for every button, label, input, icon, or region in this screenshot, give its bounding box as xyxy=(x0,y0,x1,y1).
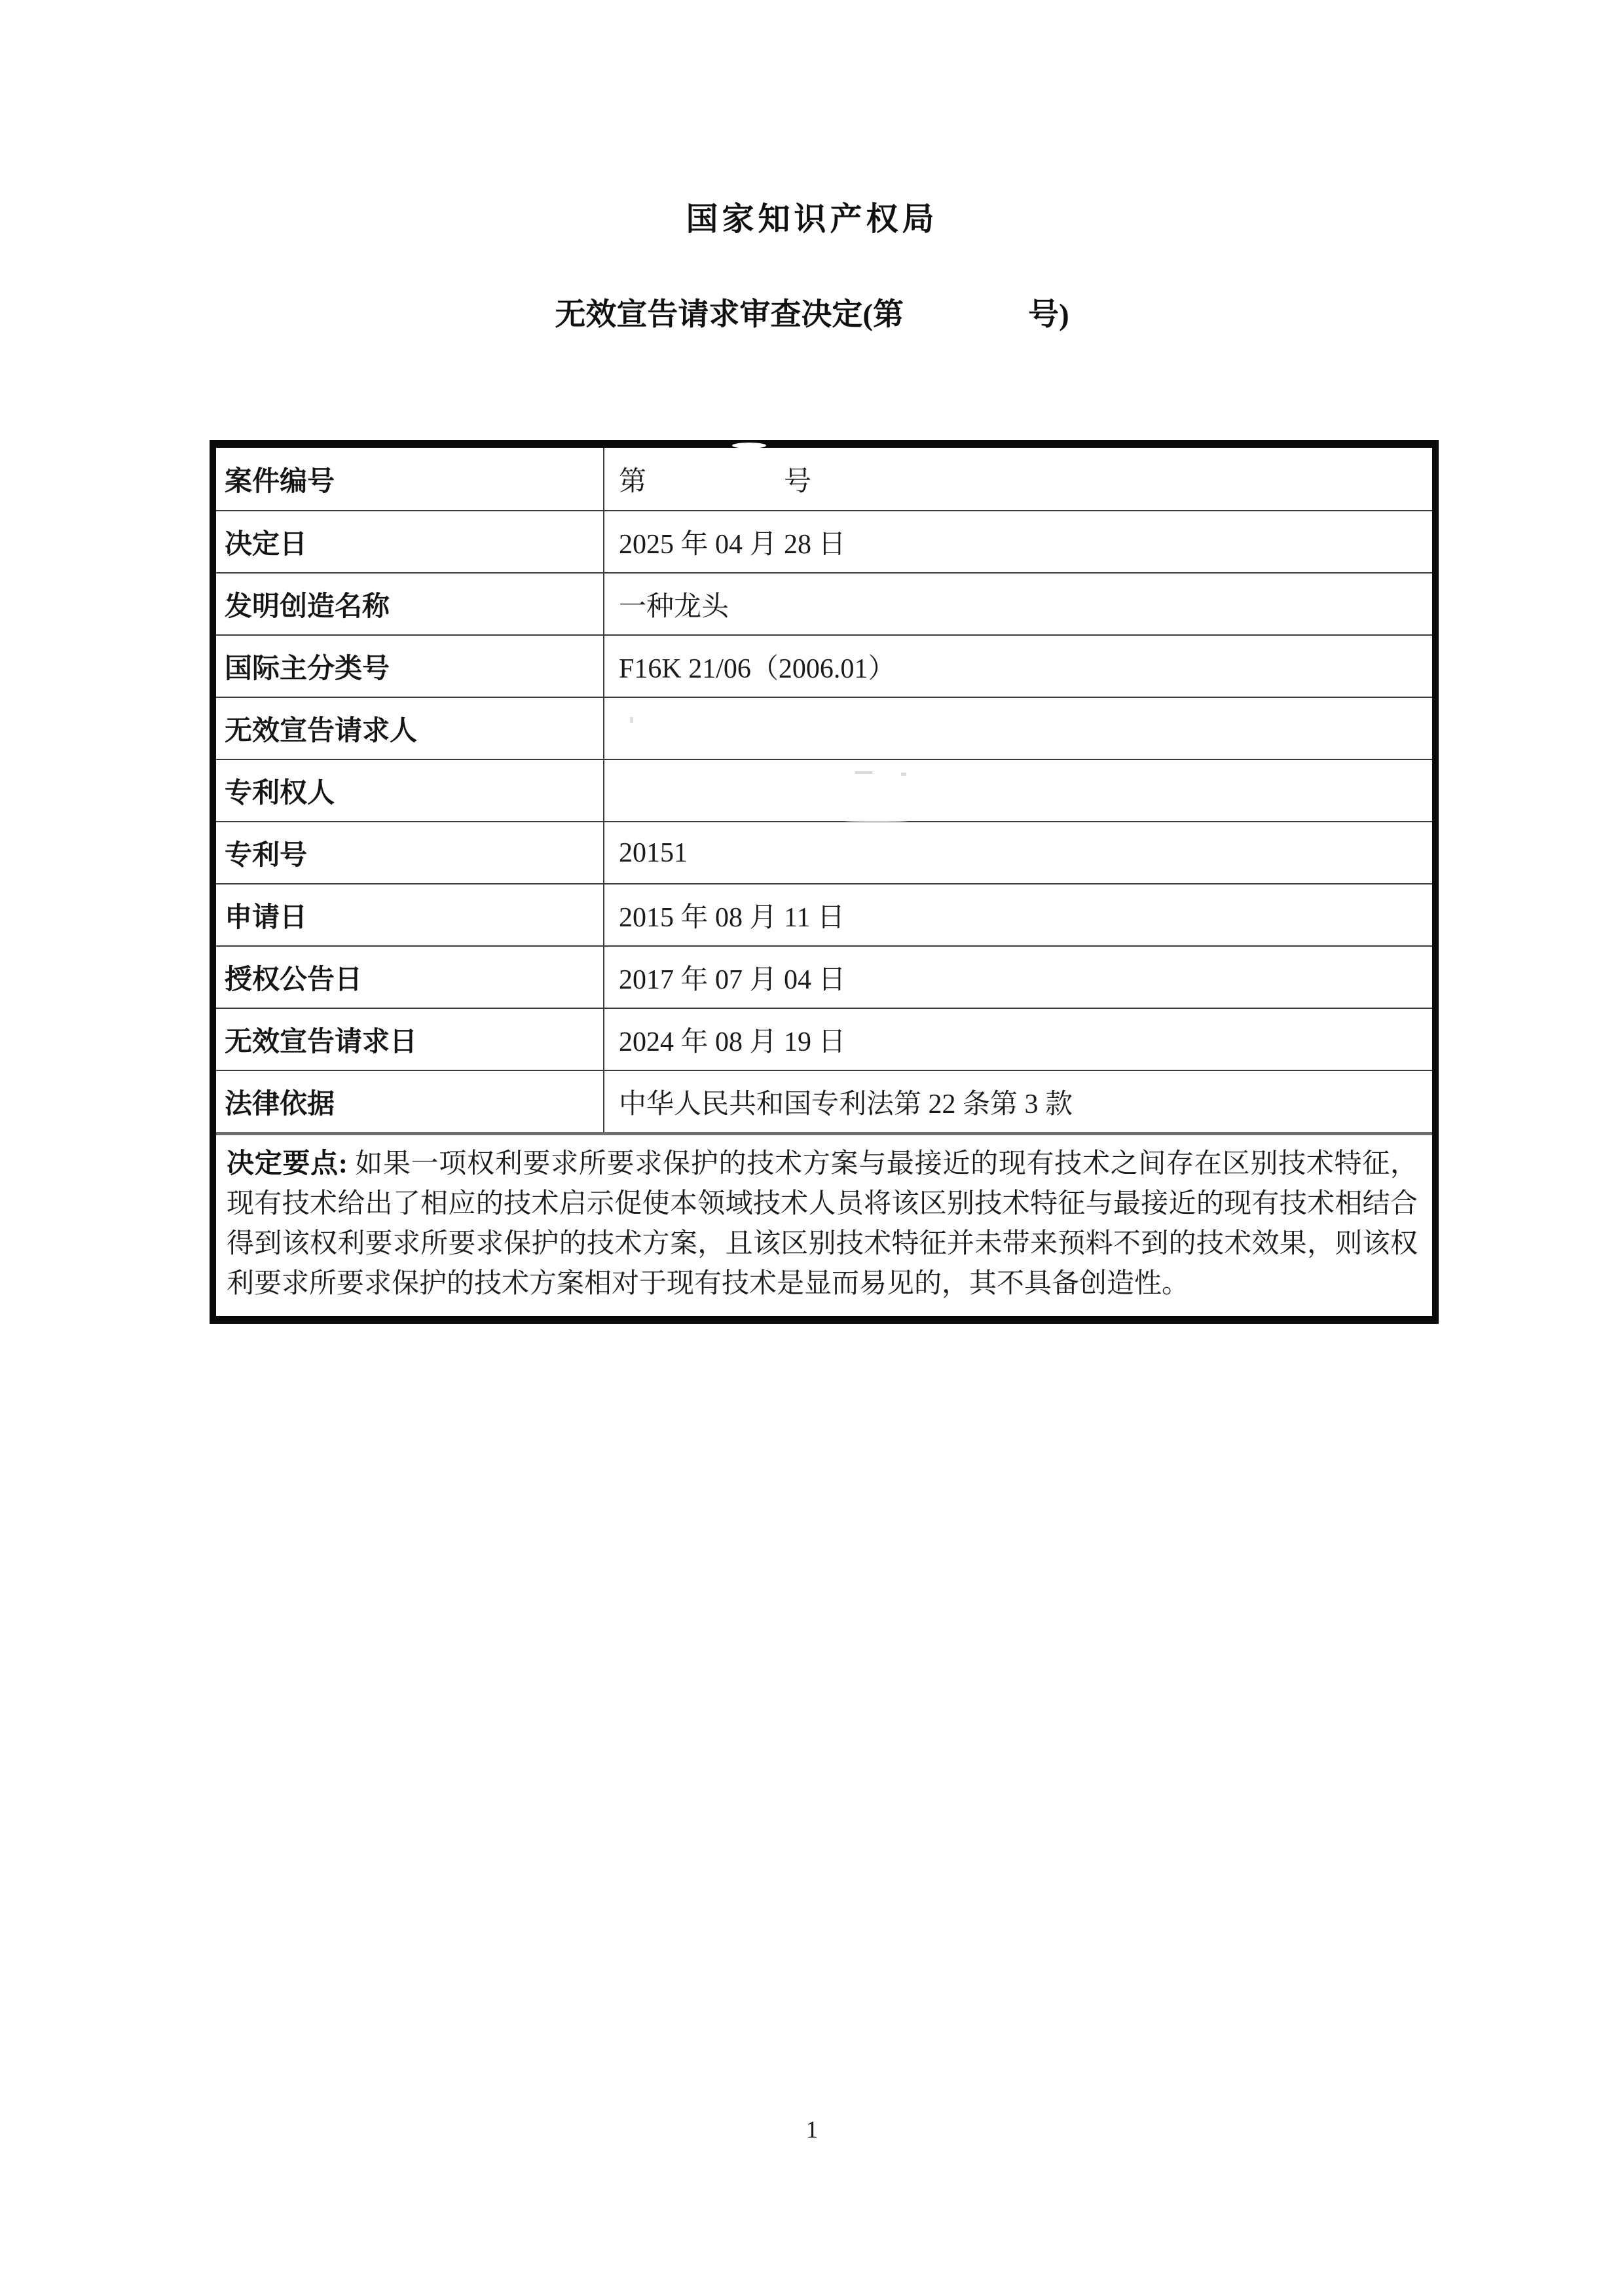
table-row-grant-date: 授权公告日 2017 年 07 月 04 日 xyxy=(216,945,1432,1008)
row-value: 2024 年 08 月 19 日 xyxy=(604,1009,1432,1070)
decision-title: 无效宣告请求审查决定(第号) xyxy=(0,290,1624,334)
row-value: 一种龙头 xyxy=(604,574,1432,634)
table-row-invalidation-request-date: 无效宣告请求日 2024 年 08 月 19 日 xyxy=(216,1008,1432,1070)
row-value: 20151 xyxy=(604,822,1432,883)
row-label: 无效宣告请求人 xyxy=(216,698,604,759)
table-row-filing-date: 申请日 2015 年 08 月 11 日 xyxy=(216,883,1432,945)
decision-title-suffix: 号) xyxy=(1028,298,1069,332)
decision-keypoints: 决定要点: 如果一项权利要求所要求保护的技术方案与最接近的现有技术之间存在区别技… xyxy=(216,1132,1432,1316)
redacted-decision-number xyxy=(904,324,1028,325)
table-row-legal-basis: 法律依据 中华人民共和国专利法第 22 条第 3 款 xyxy=(216,1070,1432,1132)
decision-title-prefix: 无效宣告请求审查决定(第 xyxy=(555,298,904,332)
table-row-case-number: 案件编号 第号 xyxy=(216,448,1432,510)
table-row-ipc-class: 国际主分类号 F16K 21/06（2006.01） xyxy=(216,634,1432,697)
whiteout-artifact xyxy=(732,443,766,448)
table-row-decision-date: 决定日 2025 年 04 月 28 日 xyxy=(216,510,1432,572)
decision-keypoints-label: 决定要点: xyxy=(227,1149,348,1179)
row-value xyxy=(604,760,1432,821)
scan-speck xyxy=(855,771,872,774)
row-value: F16K 21/06（2006.01） xyxy=(604,636,1432,697)
redacted-case-number xyxy=(646,479,784,479)
row-label: 案件编号 xyxy=(216,448,604,510)
row-value: 2025 年 04 月 28 日 xyxy=(604,511,1432,572)
row-value: 2017 年 07 月 04 日 xyxy=(604,947,1432,1008)
table-row-patent-number: 专利号 20151 xyxy=(216,821,1432,883)
whiteout-artifact xyxy=(618,753,811,759)
row-label: 法律依据 xyxy=(216,1071,604,1132)
case-number-suffix: 号 xyxy=(784,460,811,499)
whiteout-artifact xyxy=(832,815,921,822)
row-label: 决定日 xyxy=(216,511,604,572)
table-row-invention-title: 发明创造名称 一种龙头 xyxy=(216,572,1432,634)
table-row-patentee: 专利权人 xyxy=(216,759,1432,821)
row-label: 国际主分类号 xyxy=(216,636,604,697)
page-number: 1 xyxy=(0,2116,1624,2144)
row-label: 发明创造名称 xyxy=(216,574,604,634)
decision-keypoints-text: 如果一项权利要求所要求保护的技术方案与最接近的现有技术之间存在区别技术特征，现有… xyxy=(227,1149,1418,1299)
row-label: 专利权人 xyxy=(216,760,604,821)
row-value xyxy=(604,698,1432,759)
scan-speck xyxy=(901,773,906,776)
org-title: 国家知识产权局 xyxy=(0,194,1624,240)
row-label: 授权公告日 xyxy=(216,947,604,1008)
case-number-prefix: 第 xyxy=(619,460,646,499)
scan-speck xyxy=(630,717,633,723)
row-value: 2015 年 08 月 11 日 xyxy=(604,884,1432,945)
case-info-table: 案件编号 第号 决定日 2025 年 04 月 28 日 发明创造名称 一种龙头… xyxy=(210,440,1439,1324)
row-value: 中华人民共和国专利法第 22 条第 3 款 xyxy=(604,1071,1432,1132)
document-page: 国家知识产权局 无效宣告请求审查决定(第号) 案件编号 第号 决定日 2025 … xyxy=(0,0,1624,2296)
row-label: 申请日 xyxy=(216,884,604,945)
row-label: 专利号 xyxy=(216,822,604,883)
row-value: 第号 xyxy=(604,448,1432,510)
row-label: 无效宣告请求日 xyxy=(216,1009,604,1070)
table-row-petitioner: 无效宣告请求人 xyxy=(216,697,1432,759)
